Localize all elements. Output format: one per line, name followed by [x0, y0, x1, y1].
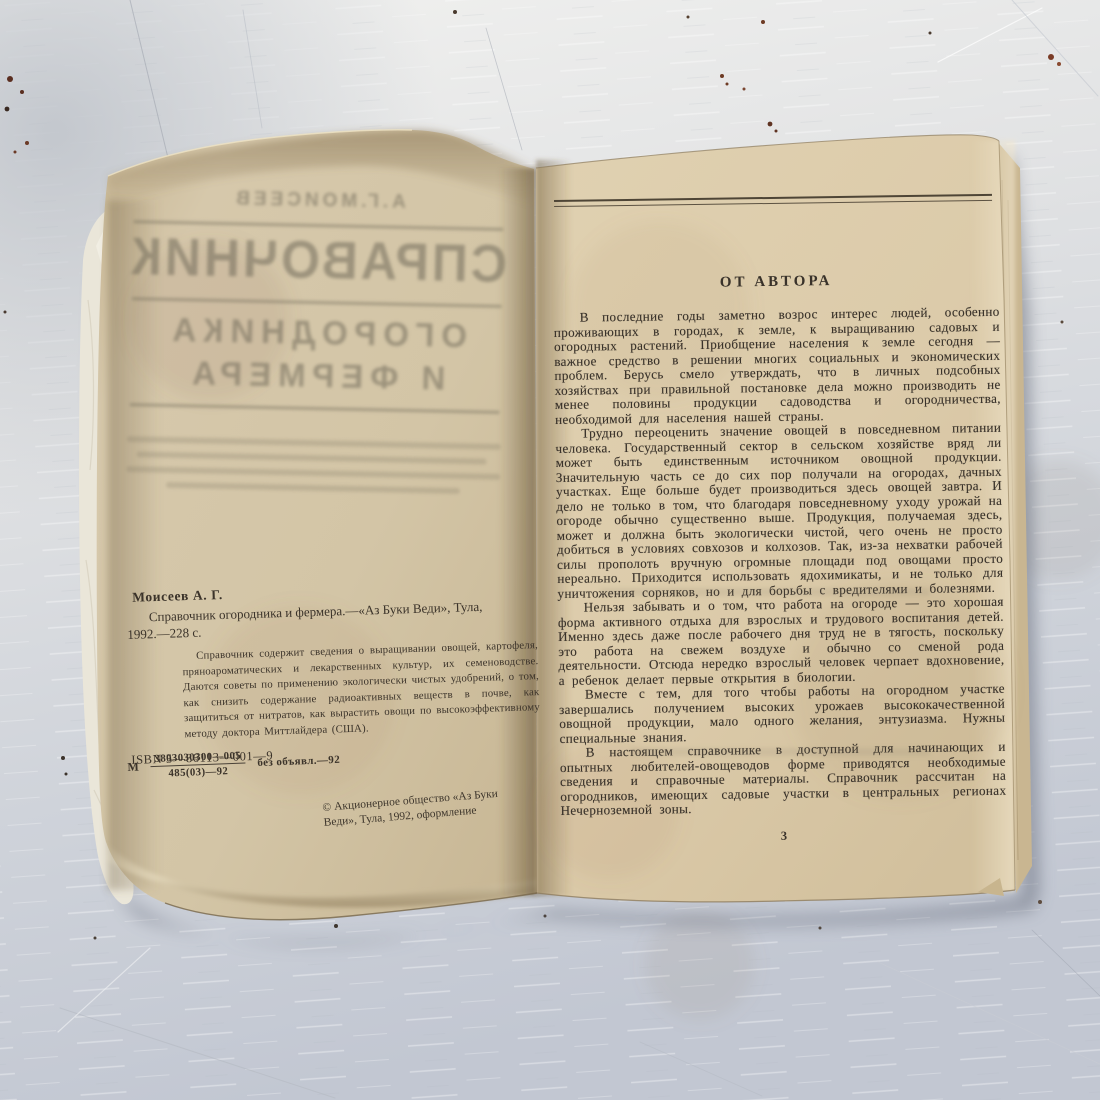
- showthrough-rule: [130, 403, 500, 414]
- showthrough-rule: [132, 297, 502, 308]
- right-page-text: ОТ АВТОРА В последние годы заметно возро…: [552, 194, 1007, 847]
- showthrough-author: А.Г.МОИСЕЕВ: [104, 186, 534, 217]
- left-page-showthrough: А.Г.МОИСЕЕВ СПРАВОЧНИК ОГОРОДНИКА И ФЕРМ…: [95, 146, 535, 635]
- showthrough-illegible-lines: [126, 436, 501, 495]
- book-photo-scene: А.Г.МОИСЕЕВ СПРАВОЧНИК ОГОРОДНИКА И ФЕРМ…: [0, 0, 1100, 1100]
- paragraph-1: В последние годы заметно возрос интерес …: [554, 305, 1002, 427]
- udc-note: без объявл.—92: [257, 753, 340, 768]
- paragraph-4: Вместе с тем, для того чтобы работы на о…: [559, 682, 1006, 746]
- paragraph-5: В настоящем справочнике в доступной для …: [560, 740, 1007, 819]
- chapter-heading: ОТ АВТОРА: [553, 271, 999, 294]
- udc-fraction: 3803030300—005 485(03)—92: [150, 749, 246, 780]
- udc-letter: М: [127, 760, 139, 775]
- showthrough-title-2: ОГОРОДНИКА: [101, 310, 532, 357]
- paragraph-3: Нельзя забывать и о том, что работа на о…: [558, 595, 1005, 688]
- paragraph-2: Трудно переоценить значение овощей в пов…: [555, 421, 1003, 601]
- imprint-annotation: Справочник содержит сведения о выращиван…: [182, 638, 541, 742]
- chapter-body: В последние годы заметно возрос интерес …: [554, 305, 1007, 819]
- showthrough-title-1: СПРАВОЧНИК: [102, 225, 533, 295]
- showthrough-title-3: И ФЕРМЕРА: [100, 353, 531, 400]
- udc-denominator: 485(03)—92: [168, 764, 228, 779]
- left-page-imprint: Моисеев А. Г. Справочник огородника и фе…: [126, 577, 543, 768]
